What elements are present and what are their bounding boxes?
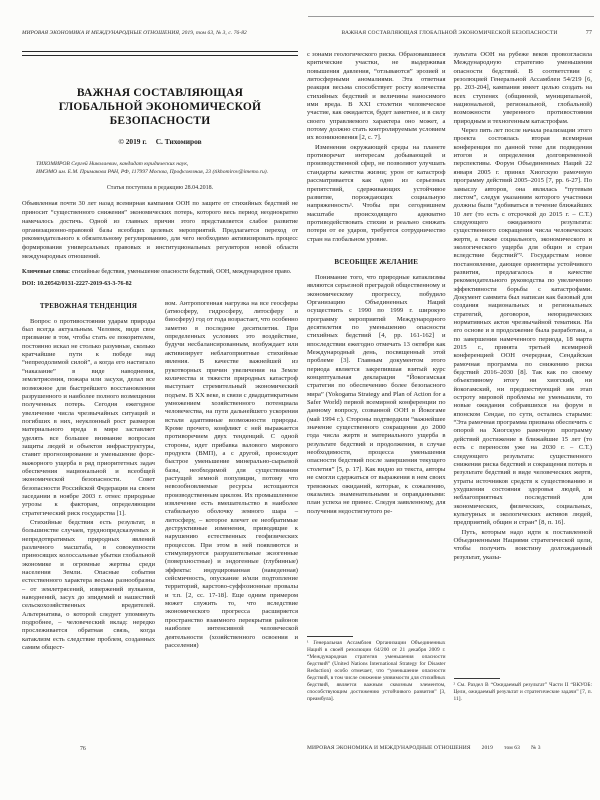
scan-artifact-line [308,16,594,17]
journal-footer-issue: № 3 [531,745,541,751]
footnote-1: ¹ Генеральная Ассамблея Организации Объе… [307,631,446,703]
page-number-76: 76 [80,746,86,752]
journal-footer-year: 2019 [482,745,493,751]
paragraph: Стихийные бедствия есть результат, в бол… [22,519,155,653]
section-heading-vseobshchee-zhelanie: ВСЕОБЩЕЕ ЖЕЛАНИЕ [307,258,446,266]
footnote-2: ² См. Раздел B “Ожидаемый результат” Час… [454,673,593,703]
doi-line: DOI: 10.20542/0131-2227-2019-63-3-76-82 [22,281,298,287]
abstract-paragraph: Объявленная почти 30 лет назад всемирная… [22,200,298,262]
copyright-author-line: © 2019 г.С. Тихомиров [22,137,298,146]
paragraph: зультата ООН на рубеже веков провозгласи… [454,51,593,126]
journal-spread: МИРОВАЯ ЭКОНОМИКА И МЕЖДУНАРОДНЫЕ ОТНОШЕ… [0,0,600,800]
paragraph: с зонами геологического риска. Образовав… [307,51,446,143]
author-info-line1: ТИХОМИРОВ Сергей Николаевич, кандидат юр… [36,161,188,167]
page-76-column-2: вом. Антропогенная нагрузка на все геосф… [165,300,298,653]
paragraph: Вопрос о противостоянии ударам природы б… [22,318,155,518]
article-title-line1: ВАЖНАЯ СОСТАВЛЯЮЩАЯ [77,87,243,99]
journal-footer: МИРОВАЯ ЭКОНОМИКА И МЕЖДУНАРОДНЫЕ ОТНОШЕ… [307,745,592,751]
page-76-column-1: ТРЕВОЖНАЯ ТЕНДЕНЦИЯ Вопрос о противостоя… [22,300,155,653]
page-77-column-2: зультата ООН на рубеже веков провозгласи… [454,51,593,703]
paragraph: вом. Антропогенная нагрузка на все геосф… [165,300,298,650]
page-76: МИРОВАЯ ЭКОНОМИКА И МЕЖДУНАРОДНЫЕ ОТНОШЕ… [22,30,298,653]
page-77-column-1: с зонами геологического риска. Образовав… [307,51,446,703]
header-double-rule [22,51,298,56]
footnote-2-text: ² См. Раздел B “Ожидаемый результат” Час… [454,682,593,703]
right-running-head-title: ВАЖНАЯ СОСТАВЛЯЮЩАЯ ГЛОБАЛЬНОЙ ЭКОНОМИЧЕ… [341,30,557,36]
paragraph: Понимание того, что природные катаклизмы… [307,274,446,516]
footnote-separator-rule [454,678,500,679]
copyright-text: © 2019 г. [118,137,146,146]
page-77-columns: с зонами геологического риска. Образовав… [307,51,592,703]
paragraph: Путь, которым надо идти к поставленной О… [454,529,593,562]
author-info-line2: ИМЭМО им. Е.М. Примакова РАН, РФ, 117997… [36,169,268,175]
author-short-name: С. Тихомиров [156,137,202,146]
left-running-head: МИРОВАЯ ЭКОНОМИКА И МЕЖДУНАРОДНЫЕ ОТНОШЕ… [22,30,298,37]
received-date-line: Статья поступила в редакцию 28.04.2018. [22,185,298,191]
keywords-line: Ключевые слова: стихийные бедствия, умен… [22,268,298,276]
keywords-label: Ключевые слова: [22,269,70,275]
page-77: ВАЖНАЯ СОСТАВЛЯЮЩАЯ ГЛОБАЛЬНОЙ ЭКОНОМИЧЕ… [307,30,592,770]
article-title: ВАЖНАЯ СОСТАВЛЯЮЩАЯГЛОБАЛЬНОЙ ЭКОНОМИЧЕС… [22,86,298,128]
journal-footer-name: МИРОВАЯ ЭКОНОМИКА И МЕЖДУНАРОДНЫЕ ОТНОШЕ… [307,745,471,751]
footnote-separator-rule [307,636,353,637]
paragraph: Изменения окружающей среды на планете пр… [307,144,446,244]
section-heading-trevozhnaya-tendenciya: ТРЕВОЖНАЯ ТЕНДЕНЦИЯ [22,302,155,310]
author-affiliation: ТИХОМИРОВ Сергей Николаевич, кандидат юр… [22,161,298,176]
right-running-head: ВАЖНАЯ СОСТАВЛЯЮЩАЯ ГЛОБАЛЬНОЙ ЭКОНОМИЧЕ… [307,30,592,37]
paragraph: Через пять лет после начала реализации э… [454,127,593,528]
article-title-line2: ГЛОБАЛЬНОЙ ЭКОНОМИЧЕСКОЙ БЕЗОПАСНОСТИ [59,101,261,127]
page-number-77: 77 [586,30,592,37]
keywords-text: стихийные бедствия, уменьшение опасности… [70,269,291,275]
footnote-1-text: ¹ Генеральная Ассамблея Организации Объе… [307,640,446,703]
page-76-columns: ТРЕВОЖНАЯ ТЕНДЕНЦИЯ Вопрос о противостоя… [22,300,298,653]
journal-footer-volume: том 63 [504,745,520,751]
